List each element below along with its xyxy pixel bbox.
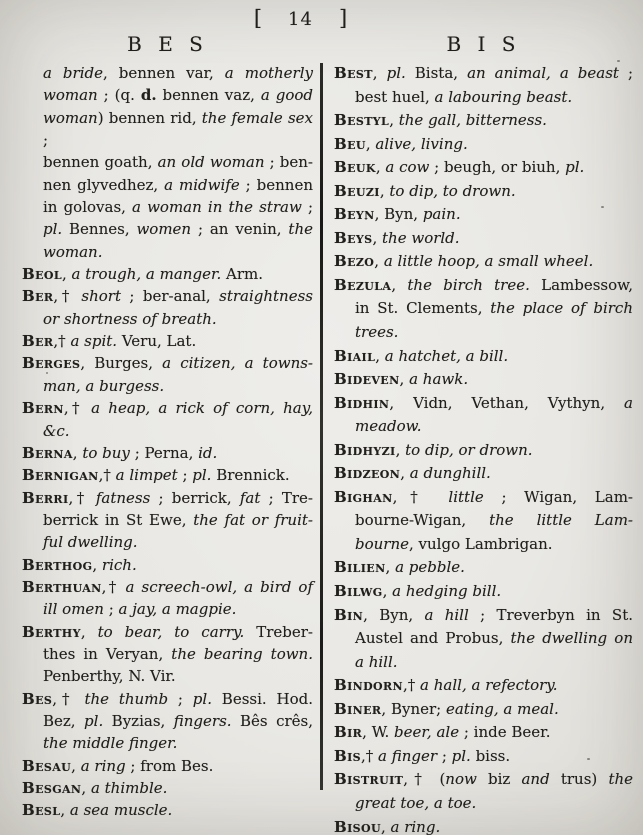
entry-text: , [92, 556, 102, 574]
dictionary-entry: Biail, a hatchet, a bill. [334, 345, 633, 369]
entry-text: ,† [361, 747, 378, 765]
entry-text: , [374, 252, 384, 270]
entry-text: , [376, 158, 386, 176]
headword: Besgan [22, 779, 81, 797]
entry-text: , [60, 801, 70, 819]
entry-line: a bride, bennen var, a motherly [22, 62, 313, 84]
entry-line: Austel and Probus, the dwelling on [334, 627, 633, 651]
entry-text: , Byn, [375, 205, 423, 223]
entry-text: Brennick. [211, 466, 289, 484]
entry-text: , Vidn, Vethan, Vythyn, [389, 394, 624, 412]
entry-text: pain. [423, 205, 461, 223]
entry-text: ; Wigan, Lam- [484, 488, 633, 506]
entry-text: woman [43, 86, 98, 104]
entry-text: the fat or fruit- [193, 511, 313, 529]
entry-line: Bis,† a finger ; pl. biss. [334, 745, 633, 769]
entry-text: great toe, a toe. [355, 794, 476, 812]
entry-line: Berri,† fatness ; berrick, fat ; Tre- [22, 487, 313, 509]
dictionary-entry: Bistruit,† (now biz and trus) thegreat t… [334, 768, 633, 815]
entry-text: a screech-owl, a bird of [126, 578, 313, 596]
entry-line: thes in Veryan, the bearing town. [22, 643, 313, 665]
entry-text: a spit. [70, 332, 117, 350]
entry-line: Biner, Byner; eating, a meal. [334, 698, 633, 722]
entry-text: , [400, 464, 410, 482]
entry-text: a jay, a magpie. [119, 600, 237, 618]
entry-text: meadow. [355, 417, 422, 435]
entry-line: Beu, alive, living. [334, 133, 633, 157]
dictionary-entry: Berges, Burges, a citizen, a towns-man, … [22, 352, 313, 397]
entry-text: a [624, 394, 633, 412]
dictionary-entry: a bride, bennen var, a motherlywoman ; (… [22, 62, 313, 263]
entry-line: ful dwelling. [22, 531, 313, 553]
entry-text: ,† [99, 466, 116, 484]
entry-text: a hedging bill. [392, 582, 501, 600]
column-header-right: B I S [334, 32, 633, 56]
dictionary-entry: Besau, a ring ; from Bes. [22, 755, 313, 777]
entry-text: bourne [355, 535, 409, 553]
entry-line: Beuzi, to dip, to drown. [334, 180, 633, 204]
entry-text: the bearing town. [171, 645, 313, 663]
entry-text: ,† [69, 489, 96, 507]
entry-text: ) bennen rid, [98, 109, 202, 127]
entry-text: short [81, 287, 121, 305]
dictionary-entry: Bis,† a finger ; pl. biss. [334, 745, 633, 769]
entry-line: woman. [22, 241, 313, 263]
entry-text: pl. [193, 690, 212, 708]
entry-text: , [386, 558, 396, 576]
entry-text: ,† [102, 578, 126, 596]
entry-text: ; inde Beer. [459, 723, 550, 741]
entry-text: the thumb [84, 690, 168, 708]
dictionary-entry: Bilien, a pebble. [334, 556, 633, 580]
headword: Bern [22, 399, 64, 417]
entry-text: trees. [355, 323, 398, 341]
entry-text: d. [141, 86, 157, 104]
headword: Biail [334, 347, 375, 365]
entry-text: a hawk. [409, 370, 468, 388]
entry-text: ; [168, 690, 193, 708]
entry-text: Austel and Probus, [355, 629, 511, 647]
entry-text: a hill [424, 606, 468, 624]
entry-text: , W. [362, 723, 394, 741]
headword: Beuk [334, 158, 376, 176]
entry-text: , [396, 441, 406, 459]
column-header-left: B E S [22, 32, 313, 56]
headword: Bistruit [334, 770, 403, 788]
entry-line: Bidhin, Vidn, Vethan, Vythyn, a [334, 392, 633, 416]
entry-line: Beuk, a cow ; beugh, or biuh, pl. [334, 156, 633, 180]
entry-line: pl. Bennes, women ; an venin, the [22, 218, 313, 240]
entry-text: a citizen, a towns- [162, 354, 313, 372]
headword: Biner [334, 700, 381, 718]
entry-line: Berthog, rich. [22, 554, 313, 576]
entry-text: ,† [53, 332, 70, 350]
entry-line: or shortness of breath. [22, 308, 313, 330]
headword: Beys [334, 229, 372, 247]
entry-text: a ring. [391, 818, 441, 835]
entry-text: a hatchet, a bill. [385, 347, 508, 365]
headword: Bilien [334, 558, 386, 576]
entry-text: pl. [387, 64, 406, 82]
entry-text: ; an venin, [191, 220, 288, 238]
dictionary-entry: Bezo, a little hoop, a small wheel. [334, 250, 633, 274]
headword: Ber [22, 332, 53, 350]
entry-text: the birch tree. [407, 276, 529, 294]
entry-line: man, a burgess. [22, 375, 313, 397]
entry-text: the [288, 220, 313, 238]
entry-text: the place of birch [490, 299, 633, 317]
entry-text: fat [240, 489, 261, 507]
entry-line: Bir, W. beer, ale ; inde Beer. [334, 721, 633, 745]
entry-text: eating, a meal. [446, 700, 559, 718]
entry-text: a dunghill. [410, 464, 491, 482]
dictionary-entry: Berri,† fatness ; berrick, fat ; Tre-ber… [22, 487, 313, 554]
headword: Bidhyzi [334, 441, 396, 459]
dictionary-entry: Biner, Byner; eating, a meal. [334, 698, 633, 722]
entry-text: ; Perna, [130, 444, 198, 462]
entry-text: the world. [382, 229, 460, 247]
headword: Bezo [334, 252, 374, 270]
entry-line: Bezo, a little hoop, a small wheel. [334, 250, 633, 274]
entry-text: trus) [550, 770, 609, 788]
headword: Besl [22, 801, 60, 819]
column-left: a bride, bennen var, a motherlywoman ; (… [22, 62, 313, 822]
entry-line: Beys, the world. [334, 227, 633, 251]
entry-text: Treber- [244, 623, 313, 641]
headword: Berna [22, 444, 73, 462]
dictionary-entry: Beyn, Byn, pain. [334, 203, 633, 227]
dictionary-entry: Beuk, a cow ; beugh, or biuh, pl. [334, 156, 633, 180]
entry-line: berrick in St Ewe, the fat or fruit- [22, 509, 313, 531]
entry-text: ; [619, 64, 633, 82]
entry-text: ; bennen [240, 176, 313, 194]
entry-text: ,† ( [403, 770, 445, 788]
entry-text: straightness [219, 287, 313, 305]
entry-text: Penberthy, N. Vir. [43, 667, 176, 685]
headword: Besau [22, 757, 71, 775]
headword: Berthuan [22, 578, 102, 596]
page-number: [ 14 ] [0, 6, 622, 30]
entry-line: Biail, a hatchet, a bill. [334, 345, 633, 369]
headword: Bilwg [334, 582, 383, 600]
entry-line: Berthuan,† a screech-owl, a bird of [22, 576, 313, 598]
entry-text: , [381, 818, 391, 835]
dictionary-entry: Bestyl, the gall, bitterness. [334, 109, 633, 133]
entry-text: to dip, to drown. [389, 182, 515, 200]
entry-line: Beyn, Byn, pain. [334, 203, 633, 227]
dictionary-entry: Beol, a trough, a manger. Arm. [22, 263, 313, 285]
entry-text: ; ben- [265, 153, 313, 171]
headword: Bideven [334, 370, 400, 388]
entry-line: Ber,† a spit. Veru, Lat. [22, 330, 313, 352]
entry-line: Bilwg, a hedging bill. [334, 580, 633, 604]
entry-text: a hill. [355, 653, 398, 671]
entry-line: best huel, a labouring beast. [334, 86, 633, 110]
headword: Berthog [22, 556, 92, 574]
entry-line: Bez, pl. Byzias, fingers. Bês crês, [22, 710, 313, 732]
dictionary-entry: Bezula, the birch tree. Lambessow,in St.… [334, 274, 633, 345]
entry-text: , [380, 182, 390, 200]
entry-text: pl. [452, 747, 471, 765]
entry-text: Arm. [221, 265, 263, 283]
entry-text: ; [178, 466, 193, 484]
entry-text: a trough, a manger. [72, 265, 222, 283]
entry-text: best huel, [355, 88, 435, 106]
dictionary-entry: Bidhyzi, to dip, or drown. [334, 439, 633, 463]
entry-line: Bisou, a ring. [334, 816, 633, 835]
entry-line: Berthy, to bear, to carry. Treber- [22, 621, 313, 643]
entry-text: ill omen [43, 600, 104, 618]
entry-text: , [375, 347, 385, 365]
entry-line: Bighan,† little ; Wigan, Lam- [334, 486, 633, 510]
entry-line: Bilien, a pebble. [334, 556, 633, 580]
entry-text: pl. [565, 158, 584, 176]
entry-text: , [383, 582, 393, 600]
entry-text: a woman in the straw [132, 198, 302, 216]
entry-line: woman) bennen rid, the female sex ; [22, 107, 313, 152]
headword: Ber [22, 287, 53, 305]
entry-text: bennen vaz, [157, 86, 261, 104]
entry-line: Bindorn,† a hall, a refectory. [334, 674, 633, 698]
entry-text: a limpet [116, 466, 178, 484]
entry-text: , [71, 757, 81, 775]
entry-text: a finger [378, 747, 437, 765]
entry-text: ; [302, 198, 313, 216]
entry-text: Veru, Lat. [117, 332, 196, 350]
entry-text: ; [437, 747, 452, 765]
entry-text: biz [477, 770, 522, 788]
entry-text: , [366, 135, 376, 153]
headword: Bis [334, 747, 361, 765]
dictionary-entry: Bin, Byn, a hill ; Treverbyn in St.Auste… [334, 604, 633, 675]
dictionary-entry: Besl, a sea muscle. [22, 799, 313, 821]
entry-text: beer, ale [394, 723, 459, 741]
entry-line: Berna, to buy ; Perna, id. [22, 442, 313, 464]
entry-text: ; from Bes. [126, 757, 214, 775]
entry-text: in golovas, [43, 198, 132, 216]
dictionary-entry: Best, pl. Bista, an animal, a beast ;bes… [334, 62, 633, 109]
entry-text: id. [198, 444, 217, 462]
page-number-bracket-right: ] [339, 6, 347, 30]
entry-line: a hill. [334, 651, 633, 675]
entry-text: , [400, 370, 410, 388]
entry-text: ; (q. [98, 86, 141, 104]
entry-text: &c. [43, 422, 70, 440]
entry-text: ; Tre- [260, 489, 313, 507]
dictionary-entry: Bes,† the thumb ; pl. Bessi. Hod.Bez, pl… [22, 688, 313, 755]
entry-text: , [373, 64, 387, 82]
entry-text: , Burges, [80, 354, 162, 372]
entry-text: and [521, 770, 549, 788]
entry-line: the middle finger. [22, 732, 313, 754]
headword: Bighan [334, 488, 393, 506]
entry-text: ; Treverbyn in St. [469, 606, 633, 624]
entry-line: meadow. [334, 415, 633, 439]
entry-text: ; ber-anal, [121, 287, 219, 305]
entry-text: ; [43, 131, 48, 149]
entry-line: Ber,† short ; ber-anal, straightness [22, 285, 313, 307]
entry-text: alive, living. [375, 135, 467, 153]
dictionary-entry: Bidhin, Vidn, Vethan, Vythyn, ameadow. [334, 392, 633, 439]
entry-text: , [391, 276, 407, 294]
entry-line: bourne-Wigan, the little Lam- [334, 509, 633, 533]
entry-line: Bideven, a hawk. [334, 368, 633, 392]
entry-text: the [608, 770, 633, 788]
entry-line: Bidhyzi, to dip, or drown. [334, 439, 633, 463]
entry-text: ; berrick, [150, 489, 240, 507]
entry-line: ill omen ; a jay, a magpie. [22, 598, 313, 620]
entry-text: or shortness of breath. [43, 310, 217, 328]
entry-text: nen glyvedhez, [43, 176, 164, 194]
entry-text: fingers. [174, 712, 232, 730]
dictionary-entry: Bidzeon, a dunghill. [334, 462, 633, 486]
entry-text: bourne-Wigan, [355, 511, 489, 529]
entry-text: women [136, 220, 191, 238]
page-number-value: 14 [288, 9, 313, 30]
entry-text: Byzias, [103, 712, 174, 730]
headword: Best [334, 64, 373, 82]
entry-text: , [372, 229, 382, 247]
entry-text: the middle finger. [43, 734, 177, 752]
dictionary-entry: Bighan,† little ; Wigan, Lam-bourne-Wiga… [334, 486, 633, 557]
entry-text: , [73, 444, 83, 462]
dictionary-entry: Bisou, a ring. [334, 816, 633, 835]
entry-line: Bin, Byn, a hill ; Treverbyn in St. [334, 604, 633, 628]
entry-text: ; [104, 600, 119, 618]
dictionary-entry: Bilwg, a hedging bill. [334, 580, 633, 604]
entry-text: ful dwelling. [43, 533, 138, 551]
entry-line: trees. [334, 321, 633, 345]
entry-text: an animal, a beast [467, 64, 619, 82]
entry-line: Berges, Burges, a citizen, a towns- [22, 352, 313, 374]
entry-text: , Byn, [363, 606, 424, 624]
entry-line: great toe, a toe. [334, 792, 633, 816]
entry-line: bennen goath, an old woman ; ben- [22, 151, 313, 173]
entry-text: pl. [192, 466, 211, 484]
entry-line: in St. Clements, the place of birch [334, 297, 633, 321]
entry-text: ,† [64, 399, 91, 417]
column-right: Best, pl. Bista, an animal, a beast ;bes… [334, 62, 633, 835]
entry-line: Bidzeon, a dunghill. [334, 462, 633, 486]
entry-text: , [81, 779, 91, 797]
headword: Beuzi [334, 182, 380, 200]
dictionary-entry: Ber,† short ; ber-anal, straightnessor s… [22, 285, 313, 330]
dictionary-entry: Bernigan,† a limpet ; pl. Brennick. [22, 464, 313, 486]
entry-text: a pebble. [395, 558, 465, 576]
entry-line: in golovas, a woman in the straw ; [22, 196, 313, 218]
entry-line: Bistruit,† (now biz and trus) the [334, 768, 633, 792]
dictionary-entry: Beys, the world. [334, 227, 633, 251]
entry-line: Bes,† the thumb ; pl. Bessi. Hod. [22, 688, 313, 710]
entry-text: Lambessow, [530, 276, 633, 294]
entry-line: Besl, a sea muscle. [22, 799, 313, 821]
entry-text: a labouring beast. [435, 88, 573, 106]
entry-text: a midwife [164, 176, 240, 194]
entry-text: Bista, [406, 64, 467, 82]
entry-line: Bern,† a heap, a rick of corn, hay, [22, 397, 313, 419]
headword: Bes [22, 690, 52, 708]
entry-text: little [448, 488, 483, 506]
entry-text: an old woman [158, 153, 265, 171]
entry-text: Bez, [43, 712, 84, 730]
entry-text: , [389, 111, 399, 129]
headword: Beol [22, 265, 62, 283]
entry-text: ,† [403, 676, 420, 694]
entry-text: pl. [84, 712, 103, 730]
dictionary-entry: Bir, W. beer, ale ; inde Beer. [334, 721, 633, 745]
dictionary-entry: Beuzi, to dip, to drown. [334, 180, 633, 204]
entry-text: rich. [102, 556, 137, 574]
headword: Bezula [334, 276, 391, 294]
entry-line: Besau, a ring ; from Bes. [22, 755, 313, 777]
headword: Bidzeon [334, 464, 400, 482]
entry-line: woman ; (q. d. bennen vaz, a good [22, 84, 313, 106]
headword: Bestyl [334, 111, 389, 129]
dictionary-page: [ 14 ] B E S B I S a bride, bennen var, … [0, 0, 643, 835]
dictionary-entry: Bindorn,† a hall, a refectory. [334, 674, 633, 698]
entry-text: ; beugh, or biuh, [429, 158, 565, 176]
entry-text: a hall, a refectory. [420, 676, 558, 694]
dictionary-entry: Berna, to buy ; Perna, id. [22, 442, 313, 464]
dictionary-entry: Bideven, a hawk. [334, 368, 633, 392]
entry-text: to bear, to carry. [98, 623, 245, 641]
entry-text: to buy [82, 444, 130, 462]
entry-text: fatness [96, 489, 150, 507]
entry-line: Bestyl, the gall, bitterness. [334, 109, 633, 133]
entry-text: to dip, or drown. [405, 441, 532, 459]
entry-line: Penberthy, N. Vir. [22, 665, 313, 687]
entry-line: Best, pl. Bista, an animal, a beast ; [334, 62, 633, 86]
entry-line: Beol, a trough, a manger. Arm. [22, 263, 313, 285]
entry-text: berrick in St Ewe, [43, 511, 193, 529]
headword: Berri [22, 489, 69, 507]
entry-text: woman [43, 109, 98, 127]
headword: Beu [334, 135, 366, 153]
page-number-bracket-left: [ [254, 6, 262, 30]
entry-text: ,† [393, 488, 449, 506]
entry-text: thes in Veryan, [43, 645, 171, 663]
dictionary-entry: Bern,† a heap, a rick of corn, hay,&c. [22, 397, 313, 442]
headword: Berges [22, 354, 80, 372]
headword: Bidhin [334, 394, 389, 412]
dictionary-entry: Besgan, a thimble. [22, 777, 313, 799]
entry-line: nen glyvedhez, a midwife ; bennen [22, 174, 313, 196]
entry-text: Bessi. Hod. [212, 690, 313, 708]
entry-text: a cow [385, 158, 429, 176]
entry-text: a little hoop, a small wheel. [384, 252, 593, 270]
headword: Berthy [22, 623, 81, 641]
dictionary-entry: Berthuan,† a screech-owl, a bird ofill o… [22, 576, 313, 621]
entry-text: in St. Clements, [355, 299, 490, 317]
headword: Bernigan [22, 466, 99, 484]
dictionary-entry: Berthog, rich. [22, 554, 313, 576]
entry-text: ,† [53, 287, 81, 305]
entry-text: now [445, 770, 477, 788]
entry-text: , [62, 265, 72, 283]
entry-text: the female sex [202, 109, 313, 127]
entry-text: , [81, 623, 98, 641]
entry-line: bourne, vulgo Lambrigan. [334, 533, 633, 557]
entry-text: the dwelling on [511, 629, 633, 647]
dictionary-entry: Berthy, to bear, to carry. Treber-thes i… [22, 621, 313, 688]
entry-text: Bês crês, [232, 712, 313, 730]
entry-text: a heap, a rick of corn, hay, [91, 399, 313, 417]
entry-text: woman. [43, 243, 102, 261]
entry-line: Besgan, a thimble. [22, 777, 313, 799]
entry-text: a good [261, 86, 313, 104]
entry-line: Bernigan,† a limpet ; pl. Brennick. [22, 464, 313, 486]
entry-text: a sea muscle. [70, 801, 172, 819]
